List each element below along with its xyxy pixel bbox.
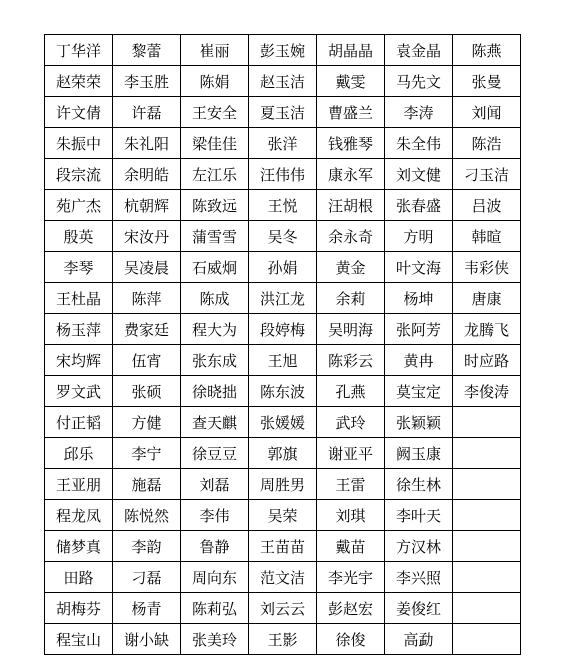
name-cell: 石威炯 (181, 252, 249, 283)
name-cell: 张春盛 (385, 190, 453, 221)
table-row: 丁华洋黎蕾崔丽彭玉婉胡晶晶袁金晶陈燕 (45, 35, 521, 66)
name-cell: 余永奇 (317, 221, 385, 252)
name-cell: 王安全 (181, 97, 249, 128)
table-row: 段宗流余明皓左江乐汪伟伟康永军刘文健刁玉洁 (45, 159, 521, 190)
name-cell: 王亚朋 (45, 469, 113, 500)
name-cell: 陈东波 (249, 376, 317, 407)
name-cell: 张洋 (249, 128, 317, 159)
table-row: 赵荣荣李玉胜陈娟赵玉洁戴雯马先文张曼 (45, 66, 521, 97)
name-cell: 黄金 (317, 252, 385, 283)
name-cell: 杭朝辉 (113, 190, 181, 221)
name-cell: 马先文 (385, 66, 453, 97)
names-table-body: 丁华洋黎蕾崔丽彭玉婉胡晶晶袁金晶陈燕赵荣荣李玉胜陈娟赵玉洁戴雯马先文张曼许文倩许… (45, 35, 521, 655)
name-cell: 刘琪 (317, 500, 385, 531)
name-cell: 崔丽 (181, 35, 249, 66)
name-cell: 武玲 (317, 407, 385, 438)
name-cell: 曹盛兰 (317, 97, 385, 128)
name-cell: 储梦真 (45, 531, 113, 562)
table-row: 苑广杰杭朝辉陈致远王悦汪胡根张春盛吕波 (45, 190, 521, 221)
name-cell: 李宁 (113, 438, 181, 469)
name-cell: 陈萍 (113, 283, 181, 314)
name-cell: 许文倩 (45, 97, 113, 128)
name-cell: 韩暄 (453, 221, 521, 252)
name-cell: 余明皓 (113, 159, 181, 190)
names-table: 丁华洋黎蕾崔丽彭玉婉胡晶晶袁金晶陈燕赵荣荣李玉胜陈娟赵玉洁戴雯马先文张曼许文倩许… (44, 34, 521, 655)
table-row: 程宝山谢小缺张美玲王影徐俊高勐 (45, 624, 521, 655)
table-row: 殷英宋汝丹蒲雪雪吴冬余永奇方明韩暄 (45, 221, 521, 252)
name-cell: 胡梅芬 (45, 593, 113, 624)
name-cell: 方汉林 (385, 531, 453, 562)
name-cell: 陈致远 (181, 190, 249, 221)
name-cell: 张颖颖 (385, 407, 453, 438)
name-cell: 刁磊 (113, 562, 181, 593)
table-row: 程龙凤陈悦然李伟吴荣刘琪李叶天 (45, 500, 521, 531)
name-cell: 朱礼阳 (113, 128, 181, 159)
name-cell: 苑广杰 (45, 190, 113, 221)
table-row: 宋均辉伍宵张东成王旭陈彩云黄冉时应路 (45, 345, 521, 376)
name-cell: 吴明海 (317, 314, 385, 345)
name-cell: 姜俊红 (385, 593, 453, 624)
name-cell: 郭旗 (249, 438, 317, 469)
table-row: 王杜晶陈萍陈成洪江龙余莉杨坤唐康 (45, 283, 521, 314)
name-cell: 戴苗 (317, 531, 385, 562)
table-row: 邱乐李宁徐豆豆郭旗谢亚平阙玉康 (45, 438, 521, 469)
name-cell: 杨青 (113, 593, 181, 624)
name-cell: 陈莉弘 (181, 593, 249, 624)
name-cell: 李光宇 (317, 562, 385, 593)
name-cell: 刘闻 (453, 97, 521, 128)
name-cell: 陈成 (181, 283, 249, 314)
name-cell: 孔燕 (317, 376, 385, 407)
name-cell (453, 593, 521, 624)
name-cell: 蒲雪雪 (181, 221, 249, 252)
name-cell: 张媛媛 (249, 407, 317, 438)
name-cell: 叶文海 (385, 252, 453, 283)
name-cell (453, 562, 521, 593)
name-cell: 陈悦然 (113, 500, 181, 531)
name-cell: 李伟 (181, 500, 249, 531)
name-cell: 费家廷 (113, 314, 181, 345)
name-cell: 梁佳佳 (181, 128, 249, 159)
name-cell: 吴凌晨 (113, 252, 181, 283)
name-cell: 陈浩 (453, 128, 521, 159)
name-cell: 徐豆豆 (181, 438, 249, 469)
name-cell: 施磊 (113, 469, 181, 500)
name-cell: 莫宝定 (385, 376, 453, 407)
name-cell: 张东成 (181, 345, 249, 376)
name-cell (453, 469, 521, 500)
name-cell: 查天麒 (181, 407, 249, 438)
table-row: 杨玉萍费家廷程大为段婷梅吴明海张阿芳龙腾飞 (45, 314, 521, 345)
name-cell: 王苗苗 (249, 531, 317, 562)
name-cell: 鲁静 (181, 531, 249, 562)
name-cell: 邱乐 (45, 438, 113, 469)
name-cell: 彭赵宏 (317, 593, 385, 624)
table-row: 胡梅芬杨青陈莉弘刘云云彭赵宏姜俊红 (45, 593, 521, 624)
name-cell: 方健 (113, 407, 181, 438)
name-cell: 左江乐 (181, 159, 249, 190)
name-cell: 程宝山 (45, 624, 113, 655)
table-row: 李琴吴凌晨石威炯孙娟黄金叶文海韦彩侠 (45, 252, 521, 283)
name-cell: 吕波 (453, 190, 521, 221)
name-cell: 阙玉康 (385, 438, 453, 469)
name-cell: 李韵 (113, 531, 181, 562)
name-cell: 徐晓拙 (181, 376, 249, 407)
name-cell: 李琴 (45, 252, 113, 283)
name-cell: 韦彩侠 (453, 252, 521, 283)
table-row: 田路刁磊周向东范文洁李光宇李兴照 (45, 562, 521, 593)
name-cell: 王影 (249, 624, 317, 655)
name-cell: 李叶天 (385, 500, 453, 531)
name-cell: 袁金晶 (385, 35, 453, 66)
name-cell: 范文洁 (249, 562, 317, 593)
name-cell: 朱全伟 (385, 128, 453, 159)
name-cell: 宋均辉 (45, 345, 113, 376)
name-cell: 王雷 (317, 469, 385, 500)
name-cell: 吴冬 (249, 221, 317, 252)
name-cell: 刁玉洁 (453, 159, 521, 190)
name-cell: 王悦 (249, 190, 317, 221)
table-row: 许文倩许磊王安全夏玉洁曹盛兰李涛刘闻 (45, 97, 521, 128)
name-cell: 胡晶晶 (317, 35, 385, 66)
name-cell: 黎蕾 (113, 35, 181, 66)
name-cell: 张阿芳 (385, 314, 453, 345)
name-cell: 龙腾飞 (453, 314, 521, 345)
name-cell: 许磊 (113, 97, 181, 128)
name-cell (453, 624, 521, 655)
name-cell: 吴荣 (249, 500, 317, 531)
table-row: 朱振中朱礼阳梁佳佳张洋钱雅琴朱全伟陈浩 (45, 128, 521, 159)
name-cell (453, 438, 521, 469)
name-cell: 李兴照 (385, 562, 453, 593)
name-cell: 戴雯 (317, 66, 385, 97)
table-row: 罗文武张硕徐晓拙陈东波孔燕莫宝定李俊涛 (45, 376, 521, 407)
name-cell: 徐生林 (385, 469, 453, 500)
name-cell: 刘磊 (181, 469, 249, 500)
name-cell (453, 500, 521, 531)
name-cell: 李涛 (385, 97, 453, 128)
name-cell: 黄冉 (385, 345, 453, 376)
name-cell: 彭玉婉 (249, 35, 317, 66)
name-cell: 汪伟伟 (249, 159, 317, 190)
name-cell: 罗文武 (45, 376, 113, 407)
name-cell: 汪胡根 (317, 190, 385, 221)
name-cell: 李玉胜 (113, 66, 181, 97)
name-cell: 朱振中 (45, 128, 113, 159)
name-cell: 赵荣荣 (45, 66, 113, 97)
name-cell: 陈彩云 (317, 345, 385, 376)
name-cell: 周向东 (181, 562, 249, 593)
name-cell: 李俊涛 (453, 376, 521, 407)
name-cell: 张美玲 (181, 624, 249, 655)
name-cell: 段婷梅 (249, 314, 317, 345)
table-row: 王亚朋施磊刘磊周胜男王雷徐生林 (45, 469, 521, 500)
name-cell: 徐俊 (317, 624, 385, 655)
name-cell: 杨坤 (385, 283, 453, 314)
name-cell: 殷英 (45, 221, 113, 252)
name-cell: 夏玉洁 (249, 97, 317, 128)
name-cell: 程龙凤 (45, 500, 113, 531)
name-cell: 余莉 (317, 283, 385, 314)
name-cell: 付正韬 (45, 407, 113, 438)
name-cell (453, 531, 521, 562)
name-cell: 王旭 (249, 345, 317, 376)
name-cell: 唐康 (453, 283, 521, 314)
table-row: 储梦真李韵鲁静王苗苗戴苗方汉林 (45, 531, 521, 562)
name-cell: 丁华洋 (45, 35, 113, 66)
name-cell: 伍宵 (113, 345, 181, 376)
name-cell: 康永军 (317, 159, 385, 190)
name-cell: 时应路 (453, 345, 521, 376)
name-cell: 刘云云 (249, 593, 317, 624)
name-cell: 张曼 (453, 66, 521, 97)
document-page: 丁华洋黎蕾崔丽彭玉婉胡晶晶袁金晶陈燕赵荣荣李玉胜陈娟赵玉洁戴雯马先文张曼许文倩许… (0, 0, 574, 671)
name-cell: 程大为 (181, 314, 249, 345)
name-cell: 田路 (45, 562, 113, 593)
name-cell: 张硕 (113, 376, 181, 407)
name-cell: 周胜男 (249, 469, 317, 500)
table-row: 付正韬方健查天麒张媛媛武玲张颖颖 (45, 407, 521, 438)
name-cell: 谢小缺 (113, 624, 181, 655)
name-cell: 高勐 (385, 624, 453, 655)
name-cell: 方明 (385, 221, 453, 252)
name-cell (453, 407, 521, 438)
name-cell: 孙娟 (249, 252, 317, 283)
name-cell: 陈娟 (181, 66, 249, 97)
name-cell: 段宗流 (45, 159, 113, 190)
name-cell: 谢亚平 (317, 438, 385, 469)
name-cell: 钱雅琴 (317, 128, 385, 159)
name-cell: 陈燕 (453, 35, 521, 66)
name-cell: 赵玉洁 (249, 66, 317, 97)
name-cell: 王杜晶 (45, 283, 113, 314)
name-cell: 杨玉萍 (45, 314, 113, 345)
name-cell: 洪江龙 (249, 283, 317, 314)
name-cell: 刘文健 (385, 159, 453, 190)
name-cell: 宋汝丹 (113, 221, 181, 252)
